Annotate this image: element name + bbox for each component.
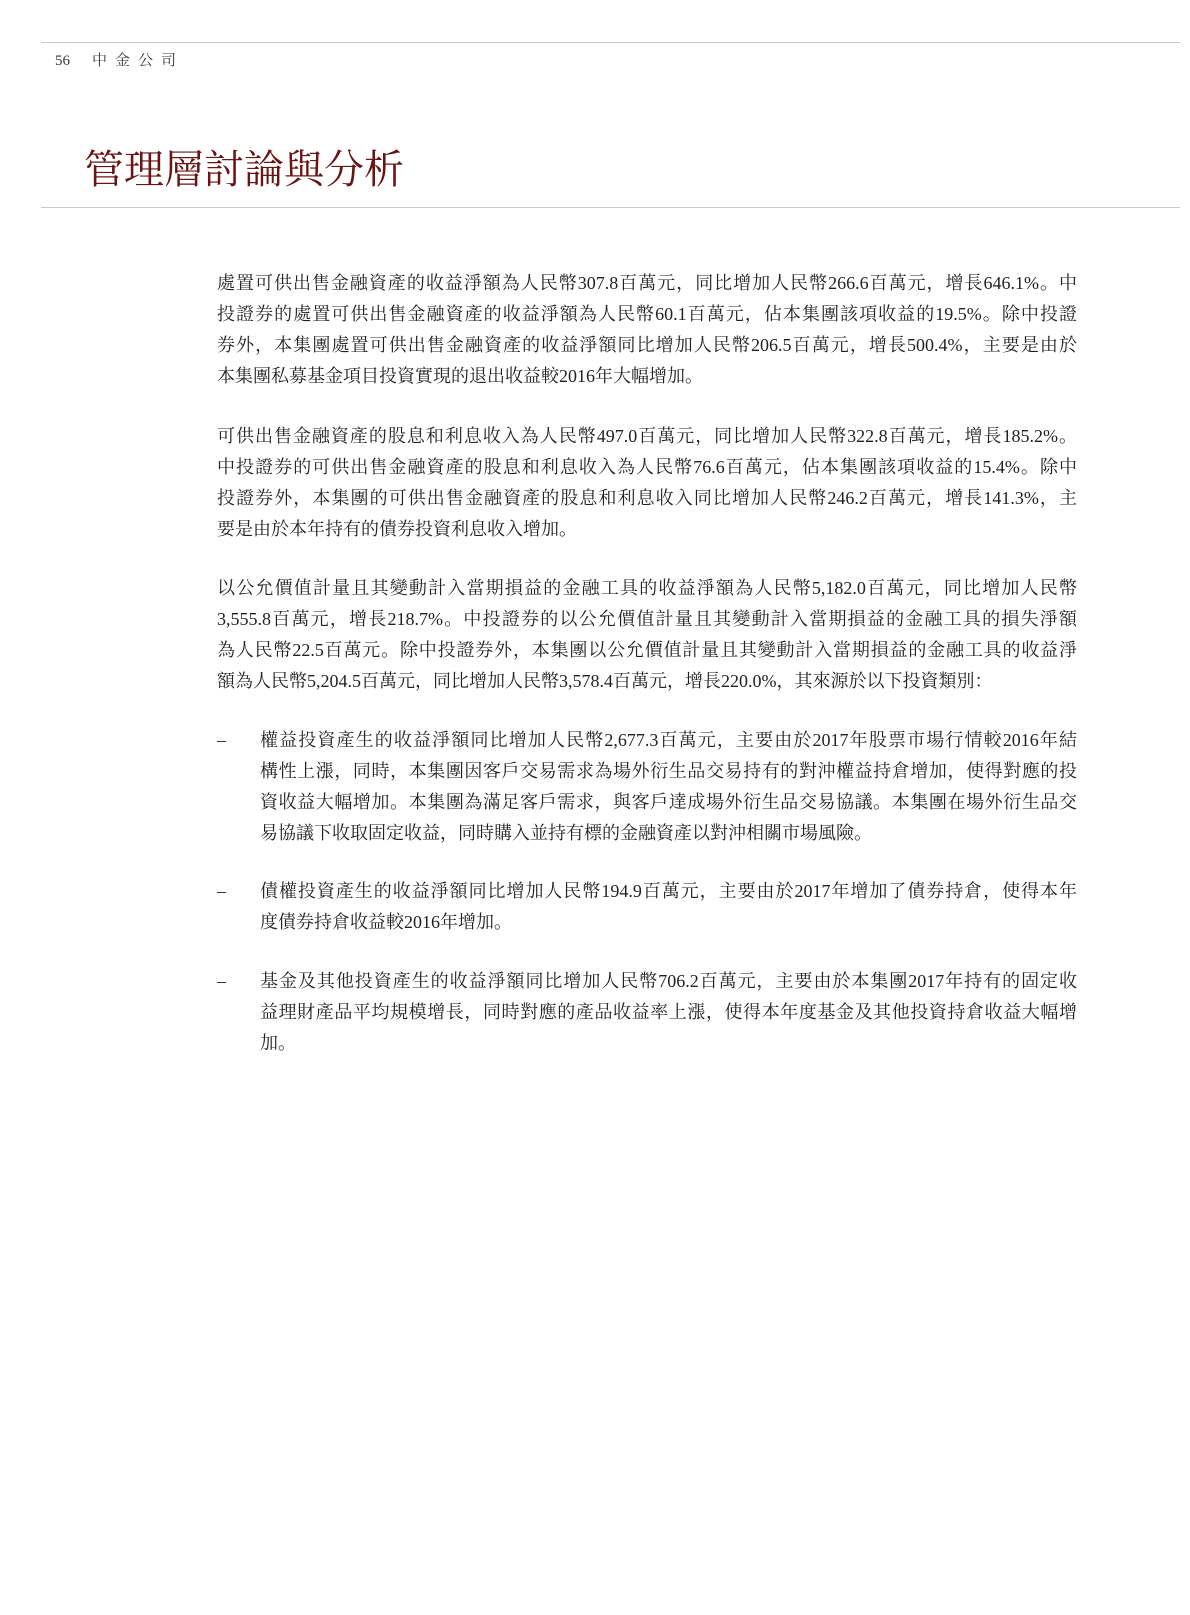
text-line: 以公允價值計量且其變動計入當期損益的金融工具的收益淨額為人民幣5,182.0百萬…: [217, 573, 1077, 604]
text-line: 基金及其他投資產生的收益淨額同比增加人民幣706.2百萬元，主要由於本集團201…: [260, 966, 1077, 997]
text-line: 本集團私募基金項目投資實現的退出收益較2016年大幅增加。: [217, 361, 1077, 392]
text-line: 處置可供出售金融資產的收益淨額為人民幣307.8百萬元，同比增加人民幣266.6…: [217, 268, 1077, 299]
text-line: 可供出售金融資產的股息和利息收入為人民幣497.0百萬元，同比增加人民幣322.…: [217, 421, 1077, 452]
dash-bullet-marker: –: [217, 876, 226, 907]
paragraph-disposal-afs: 處置可供出售金融資產的收益淨額為人民幣307.8百萬元，同比增加人民幣266.6…: [217, 268, 1077, 392]
text-line: 為人民幣22.5百萬元。除中投證券外，本集團以公允價值計量且其變動計入當期損益的…: [217, 635, 1077, 666]
dash-bullet-marker: –: [217, 966, 226, 997]
text-line: 權益投資產生的收益淨額同比增加人民幣2,677.3百萬元，主要由於2017年股票…: [260, 725, 1077, 756]
text-line: 要是由於本年持有的債券投資利息收入增加。: [217, 514, 1077, 545]
company-name: 中金公司: [92, 53, 184, 69]
page-number: 56: [55, 52, 70, 70]
text-line: 資收益大幅增加。本集團為滿足客戶需求，與客戶達成場外衍生品交易協議。本集團在場外…: [260, 787, 1077, 818]
title-rule: [41, 207, 1180, 208]
text-line: 加。: [260, 1028, 1077, 1059]
text-line: 券外，本集團處置可供出售金融資產的收益淨額同比增加人民幣206.5百萬元，增長5…: [217, 330, 1077, 361]
paragraph-fvtpl-gains: 以公允價值計量且其變動計入當期損益的金融工具的收益淨額為人民幣5,182.0百萬…: [217, 573, 1077, 697]
text-line: 投證券外，本集團的可供出售金融資產的股息和利息收入同比增加人民幣246.2百萬元…: [217, 483, 1077, 514]
text-line: 易協議下收取固定收益，同時購入並持有標的金融資產以對沖相關市場風險。: [260, 818, 1077, 849]
text-line: 度債券持倉收益較2016年增加。: [260, 907, 1077, 938]
bullet-text: 基金及其他投資產生的收益淨額同比增加人民幣706.2百萬元，主要由於本集團201…: [260, 966, 1077, 1059]
bullet-text: 權益投資產生的收益淨額同比增加人民幣2,677.3百萬元，主要由於2017年股票…: [260, 725, 1077, 849]
text-line: 構性上漲，同時，本集團因客戶交易需求為場外衍生品交易持有的對沖權益持倉增加，使得…: [260, 756, 1077, 787]
paragraph-afs-dividend-interest: 可供出售金融資產的股息和利息收入為人民幣497.0百萬元，同比增加人民幣322.…: [217, 421, 1077, 545]
running-header: 56中金公司: [55, 52, 184, 70]
text-line: 中投證券的可供出售金融資產的股息和利息收入為人民幣76.6百萬元，佔本集團該項收…: [217, 452, 1077, 483]
header-rule: [41, 42, 1180, 43]
text-line: 益理財產品平均規模增長，同時對應的產品收益率上漲，使得本年度基金及其他投資持倉收…: [260, 997, 1077, 1028]
text-line: 額為人民幣5,204.5百萬元，同比增加人民幣3,578.4百萬元，增長220.…: [217, 666, 1077, 697]
text-line: 債權投資產生的收益淨額同比增加人民幣194.9百萬元，主要由於2017年增加了債…: [260, 876, 1077, 907]
text-line: 3,555.8百萬元，增長218.7%。中投證券的以公允價值計量且其變動計入當期…: [217, 604, 1077, 635]
dash-bullet-marker: –: [217, 725, 226, 756]
bullet-text: 債權投資產生的收益淨額同比增加人民幣194.9百萬元，主要由於2017年增加了債…: [260, 876, 1077, 938]
page-title: 管理層討論與分析: [84, 146, 404, 194]
text-line: 投證券的處置可供出售金融資產的收益淨額為人民幣60.1百萬元，佔本集團該項收益的…: [217, 299, 1077, 330]
